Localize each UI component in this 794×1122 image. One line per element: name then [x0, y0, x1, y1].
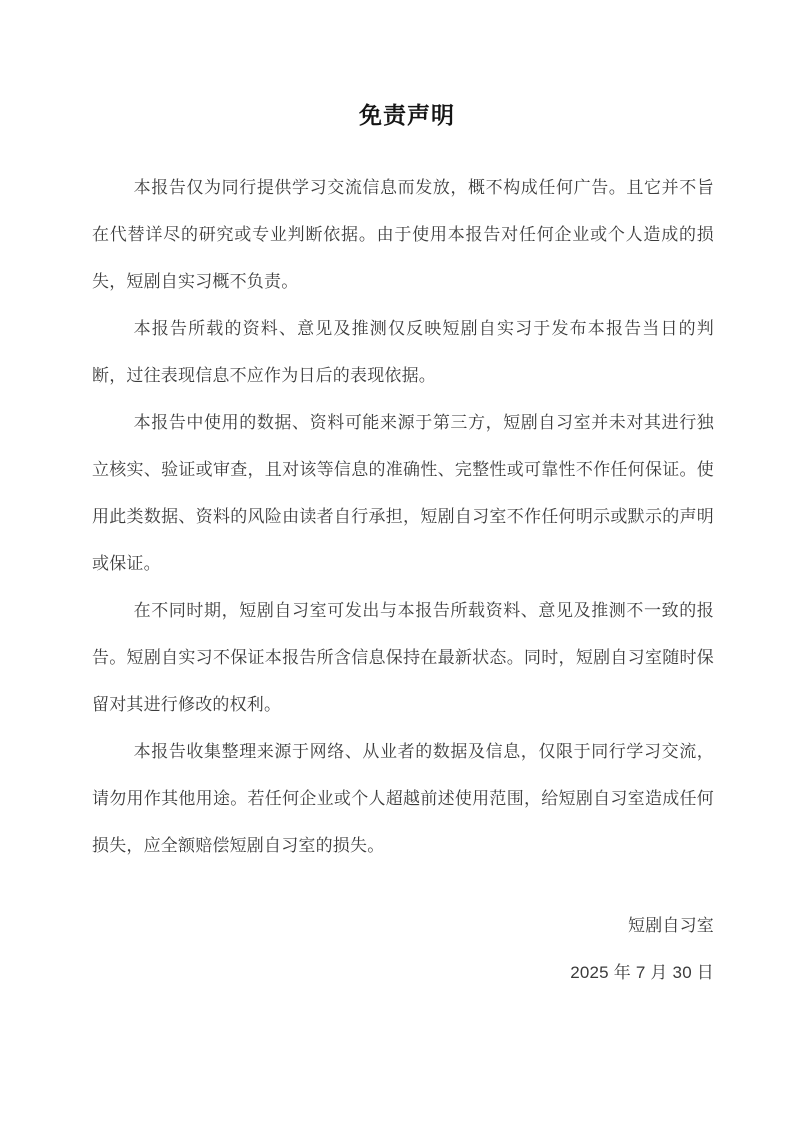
- document-page: 免责声明 本报告仅为同行提供学习交流信息而发放，概不构成任何广告。且它并不旨在代…: [0, 0, 794, 1122]
- document-body: 本报告仅为同行提供学习交流信息而发放，概不构成任何广告。且它并不旨在代替详尽的研…: [92, 164, 714, 869]
- paragraph-3: 本报告中使用的数据、资料可能来源于第三方，短剧自习室并未对其进行独立核实、验证或…: [92, 399, 714, 587]
- paragraph-2: 本报告所载的资料、意见及推测仅反映短剧自实习于发布本报告当日的判断，过往表现信息…: [92, 305, 714, 399]
- paragraph-4: 在不同时期，短剧自习室可发出与本报告所载资料、意见及推测不一致的报告。短剧自实习…: [92, 587, 714, 728]
- signature: 短剧自习室: [92, 902, 714, 949]
- paragraph-5: 本报告收集整理来源于网络、从业者的数据及信息，仅限于同行学习交流，请勿用作其他用…: [92, 728, 714, 869]
- page-title: 免责声明: [0, 102, 794, 128]
- report-date: 2025 年 7 月 30 日: [92, 949, 714, 996]
- paragraph-1: 本报告仅为同行提供学习交流信息而发放，概不构成任何广告。且它并不旨在代替详尽的研…: [92, 164, 714, 305]
- signature-block: 短剧自习室 2025 年 7 月 30 日: [92, 902, 714, 996]
